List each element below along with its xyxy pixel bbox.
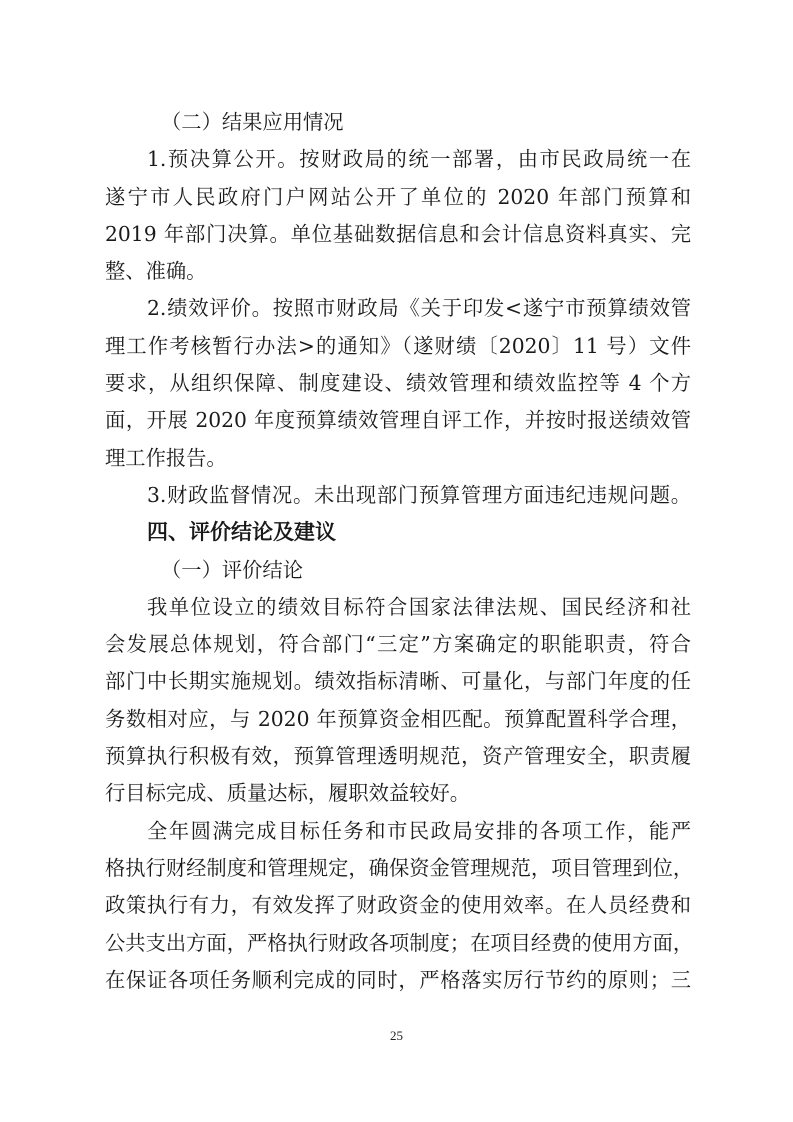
paragraph-annual-tasks: 全年圆满完成目标任务和市民政局安排的各项工作，能严 格执行财经制度和管理规定，确…: [105, 813, 691, 999]
text-line: 公共支出方面，严格执行财政各项制度；在项目经费的使用方面，: [105, 925, 691, 962]
text-line: 理工作考核暂行办法>的通知》（遂财绩〔2020〕11 号）文件: [105, 328, 691, 365]
paragraph-conclusion-goals: 我单位设立的绩效目标符合国家法律法规、国民经济和社 会发展总体规划，符合部门“三…: [105, 589, 691, 813]
text-line: 全年圆满完成目标任务和市民政局安排的各项工作，能严: [105, 813, 691, 850]
text-line: 政策执行有力，有效发挥了财政资金的使用效率。在人员经费和: [105, 887, 691, 924]
text-line: 会发展总体规划，符合部门“三定”方案确定的职能职责，符合: [105, 626, 691, 663]
page-number: 25: [0, 1028, 793, 1044]
page-body: （二）结果应用情况 1.预决算公开。按财政局的统一部署，由市民政局统一在 遂宁市…: [105, 104, 691, 999]
text-line: 预算执行积极有效，预算管理透明规范，资产管理安全，职责履: [105, 738, 691, 775]
text-line: 行目标完成、质量达标，履职效益较好。: [105, 775, 691, 812]
paragraph-budget-disclosure: 1.预决算公开。按财政局的统一部署，由市民政局统一在 遂宁市人民政府门户网站公开…: [105, 141, 691, 290]
sub-heading-evaluation-conclusion: （一）评价结论: [105, 552, 691, 589]
text-line: 2.绩效评价。按照市财政局《关于印发<遂宁市预算绩效管: [105, 290, 691, 327]
text-line: 整、准确。: [105, 253, 691, 290]
section-heading-conclusions: 四、评价结论及建议: [105, 514, 691, 551]
text-line: 格执行财经制度和管理规定，确保资金管理规范，项目管理到位，: [105, 850, 691, 887]
text-line: 理工作报告。: [105, 440, 691, 477]
text-line: 我单位设立的绩效目标符合国家法律法规、国民经济和社: [105, 589, 691, 626]
text-line: 在保证各项任务顺利完成的同时，严格落实厉行节约的原则；三: [105, 962, 691, 999]
document-page: （二）结果应用情况 1.预决算公开。按财政局的统一部署，由市民政局统一在 遂宁市…: [0, 0, 793, 1122]
text-line: 3.财政监督情况。未出现部门预算管理方面违纪违规问题。: [105, 477, 691, 514]
text-line: 部门中长期实施规划。绩效指标清晰、可量化，与部门年度的任: [105, 663, 691, 700]
paragraph-financial-supervision: 3.财政监督情况。未出现部门预算管理方面违纪违规问题。: [105, 477, 691, 514]
text-line: 务数相对应，与 2020 年预算资金相匹配。预算配置科学合理，: [105, 701, 691, 738]
paragraph-performance-evaluation: 2.绩效评价。按照市财政局《关于印发<遂宁市预算绩效管 理工作考核暂行办法>的通…: [105, 290, 691, 476]
text-line: 遂宁市人民政府门户网站公开了单位的 2020 年部门预算和: [105, 179, 691, 216]
text-line: 要求，从组织保障、制度建设、绩效管理和绩效监控等 4 个方: [105, 365, 691, 402]
text-line: 1.预决算公开。按财政局的统一部署，由市民政局统一在: [105, 141, 691, 178]
text-line: 面，开展 2020 年度预算绩效管理自评工作，并按时报送绩效管: [105, 402, 691, 439]
sub-heading-result-application: （二）结果应用情况: [105, 104, 691, 141]
text-line: 2019 年部门决算。单位基础数据信息和会计信息资料真实、完: [105, 216, 691, 253]
